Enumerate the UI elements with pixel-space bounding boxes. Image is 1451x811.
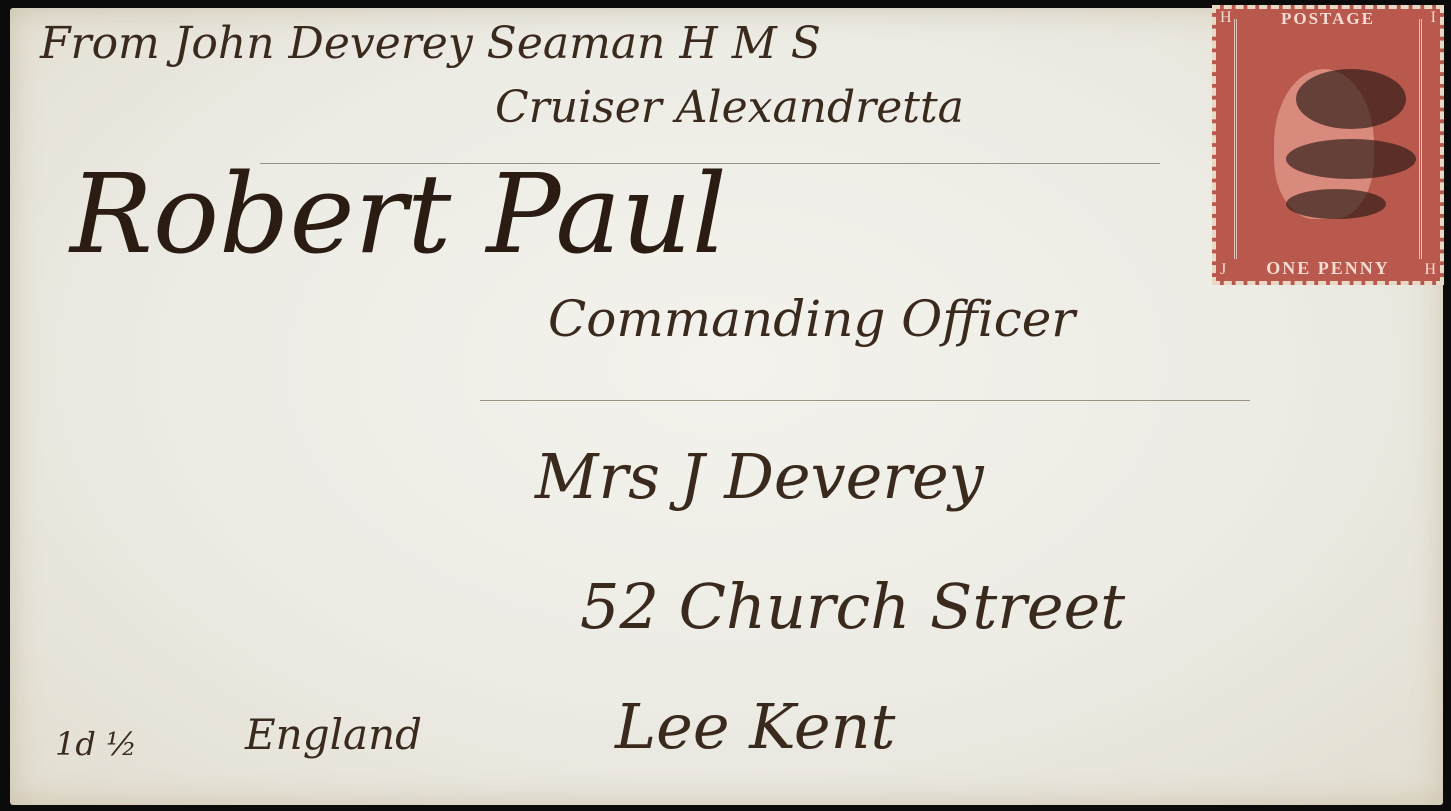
divider-rule [480,400,1250,401]
postage-stamp: POSTAGE ONE PENNY H I J H [1212,5,1444,285]
cancel-mark [1296,69,1406,129]
stamp-corner-letter: I [1431,9,1436,27]
country: England [245,710,422,759]
cancel-mark [1286,189,1386,219]
signature: Robert Paul [70,150,727,278]
signature-title: Commanding Officer [548,290,1075,348]
sender-line-1: From John Deverey Seaman H M S [40,18,821,69]
street: 52 Church Street [580,570,1125,643]
town: Lee Kent [615,690,895,763]
stamp-top-label: POSTAGE [1216,9,1440,29]
cancel-mark [1286,139,1416,179]
rate-mark: 1d ½ [55,725,137,763]
addressee: Mrs J Deverey [535,440,984,513]
stamp-corner-letter: H [1424,261,1436,279]
stamp-corner-letter: H [1220,9,1232,27]
stamp-corner-letter: J [1220,261,1226,279]
sender-line-2: Cruiser Alexandretta [495,82,964,133]
stamp-bottom-label: ONE PENNY [1216,258,1440,279]
